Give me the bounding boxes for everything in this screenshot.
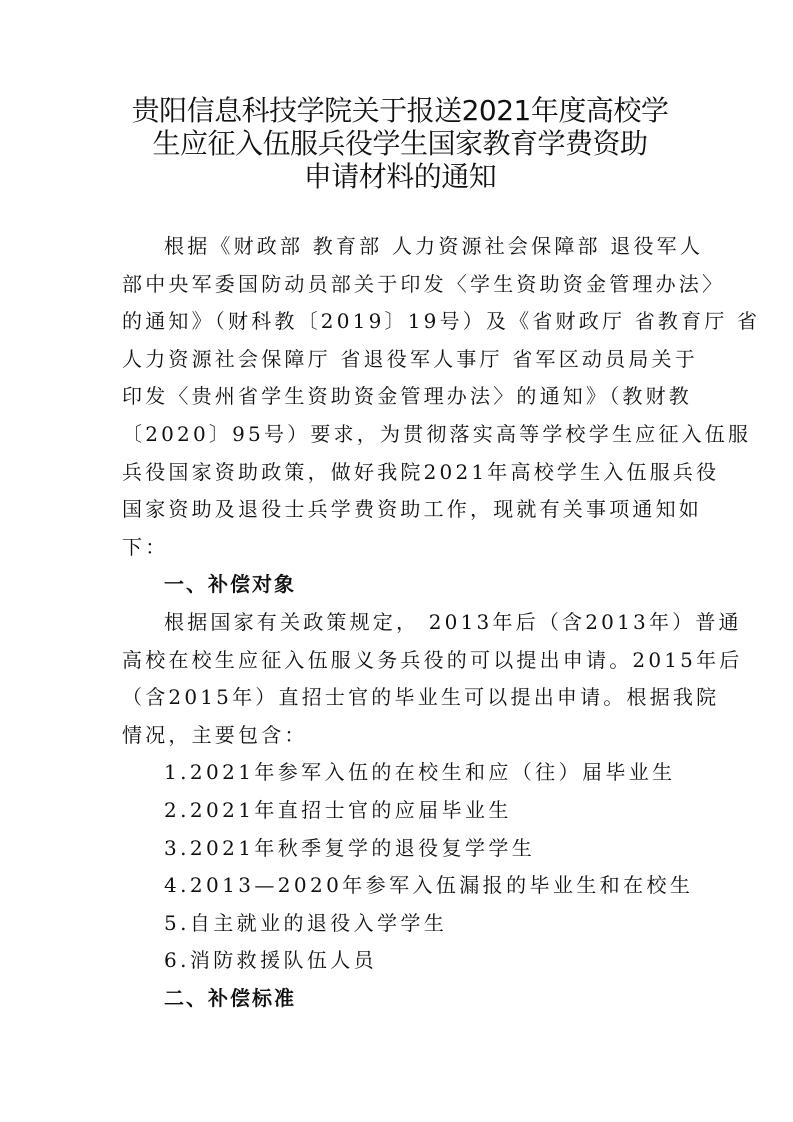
intro-line: 人力资源社会保障厅 省退役军人事厅 省军区动员局关于 xyxy=(122,341,674,379)
list-item: 6.消防救援队伍人员 xyxy=(122,942,674,980)
section1-para-line: 高校在校生应征入伍服义务兵役的可以提出申请。2015年后 xyxy=(122,642,674,680)
list-item: 4.2013—2020年参军入伍漏报的毕业生和在校生 xyxy=(122,867,674,905)
intro-line: 下： xyxy=(122,529,674,567)
document-page: 贵阳信息科技学院关于报送2021年度高校学 生应征入伍服兵役学生国家教育学费资助… xyxy=(0,0,793,1122)
intro-line: 的通知》（财科教〔2019〕19号）及《省财政厅 省教育厅 省 xyxy=(122,303,674,341)
intro-line: 印发〈贵州省学生资助资金管理办法〉的通知》（教财教 xyxy=(122,378,674,416)
section-heading-2: 二、补偿标准 xyxy=(122,980,674,1018)
section1-para-line: 根据国家有关政策规定， 2013年后（含2013年）普通 xyxy=(122,604,674,642)
list-item: 3.2021年秋季复学的退役复学学生 xyxy=(122,830,674,868)
section1-para-line: （含2015年）直招士官的毕业生可以提出申请。根据我院 xyxy=(122,679,674,717)
title-line: 贵阳信息科技学院关于报送2021年度高校学 xyxy=(100,94,700,127)
list-item: 2.2021年直招士官的应届毕业生 xyxy=(122,792,674,830)
intro-line: 根据《财政部 教育部 人力资源社会保障部 退役军人 xyxy=(122,228,674,266)
document-body: 根据《财政部 教育部 人力资源社会保障部 退役军人 部中央军委国防动员部关于印发… xyxy=(122,228,674,1017)
section1-para-line: 情况，主要包含： xyxy=(122,717,674,755)
title-line: 申请材料的通知 xyxy=(100,160,700,193)
section-heading-1: 一、补偿对象 xyxy=(122,566,674,604)
intro-line: 部中央军委国防动员部关于印发〈学生资助资金管理办法〉 xyxy=(122,266,674,304)
list-item: 5.自主就业的退役入学学生 xyxy=(122,905,674,943)
intro-line: 国家资助及退役士兵学费资助工作，现就有关事项通知如 xyxy=(122,491,674,529)
list-item: 1.2021年参军入伍的在校生和应（往）届毕业生 xyxy=(122,754,674,792)
title-line: 生应征入伍服兵役学生国家教育学费资助 xyxy=(100,127,700,160)
intro-line: 〔2020〕95号）要求，为贯彻落实高等学校学生应征入伍服 xyxy=(122,416,674,454)
document-title: 贵阳信息科技学院关于报送2021年度高校学 生应征入伍服兵役学生国家教育学费资助… xyxy=(100,94,700,193)
intro-line: 兵役国家资助政策，做好我院2021年高校学生入伍服兵役 xyxy=(122,454,674,492)
